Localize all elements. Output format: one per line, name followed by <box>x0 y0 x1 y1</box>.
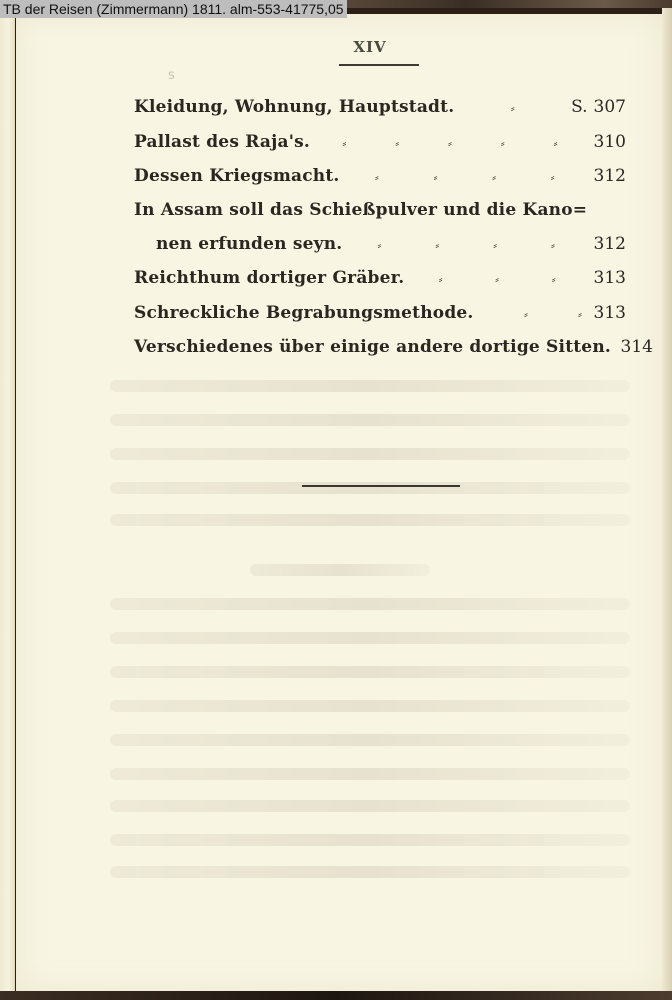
leader-mark: ⸗ <box>551 228 555 263</box>
toc-entry: Schreckliche Begrabungsmethode. ⸗⸗ 313 <box>134 296 626 331</box>
toc-entry-page: S.307 <box>571 90 626 125</box>
leader-mark: ⸗ <box>554 126 558 161</box>
show-through-line <box>250 564 430 576</box>
toc-entry-page: 314 <box>617 330 653 365</box>
section-rule <box>302 485 460 487</box>
show-through-line <box>110 598 630 610</box>
toc-entry-title: Schreckliche Begrabungsmethode. <box>134 296 474 331</box>
book-top-edge <box>330 0 672 8</box>
toc-entry-title: In Assam soll das Schießpulver und die K… <box>134 194 587 227</box>
leader-mark: ⸗ <box>395 126 399 161</box>
leader-mark: ⸗ <box>578 297 582 332</box>
header-rule <box>339 64 419 66</box>
show-through-line <box>110 768 630 780</box>
toc-entry: In Assam soll das Schießpulver und die K… <box>134 194 626 227</box>
leader-mark: ⸗ <box>524 297 528 332</box>
leader-mark: ⸗ <box>448 126 452 161</box>
adjacent-page-edge <box>0 18 15 992</box>
toc-entry-title: Kleidung, Wohnung, Hauptstadt. <box>134 90 454 125</box>
toc-entry-page: 313 <box>590 296 626 331</box>
leader-mark: ⸗ <box>377 228 381 263</box>
toc-leader: ⸗⸗⸗ <box>404 262 590 297</box>
toc-entry-page: 312 <box>590 159 626 194</box>
toc-entry-title: nen erfunden seyn. <box>156 227 342 262</box>
show-through-line <box>110 734 630 746</box>
leader-mark: ⸗ <box>501 126 505 161</box>
toc-leader: ⸗ <box>454 91 571 126</box>
toc-leader: ⸗⸗ <box>474 297 590 332</box>
leader-mark: ⸗ <box>439 262 443 297</box>
toc-entry: Reichthum dortiger Gräber. ⸗⸗⸗ 313 <box>134 261 626 296</box>
leader-mark: ⸗ <box>551 160 555 195</box>
show-through-line <box>110 834 630 846</box>
leader-mark: ⸗ <box>435 228 439 263</box>
page-number: XIV <box>340 38 400 56</box>
show-through-line <box>110 666 630 678</box>
toc-entry-title: Dessen Kriegsmacht. <box>134 159 340 194</box>
toc-entry: Verschiedenes über einige andere dortige… <box>134 330 626 365</box>
book-bottom-edge <box>0 991 672 1000</box>
show-through-line <box>110 800 630 812</box>
toc-leader: ⸗⸗⸗⸗ <box>340 160 590 195</box>
toc-leader: ⸗⸗⸗⸗ <box>342 228 590 263</box>
toc-entry: Pallast des Raja's. ⸗⸗⸗⸗⸗ 310 <box>134 125 626 160</box>
stray-mark: s <box>168 68 175 83</box>
toc-leader: ⸗⸗⸗⸗⸗ <box>310 126 590 161</box>
leader-mark: ⸗ <box>433 160 437 195</box>
leader-mark: ⸗ <box>492 160 496 195</box>
toc-entry: Kleidung, Wohnung, Hauptstadt. ⸗ S.307 <box>134 90 626 125</box>
show-through-line <box>110 414 630 426</box>
leader-mark: ⸗ <box>495 262 499 297</box>
show-through-line <box>110 514 630 526</box>
toc-entry-page: 313 <box>590 261 626 296</box>
show-through-line <box>110 700 630 712</box>
toc-entry-page: 312 <box>590 227 626 262</box>
toc-entry-page: 310 <box>590 125 626 160</box>
toc-entry-title: Pallast des Raja's. <box>134 125 310 160</box>
leader-mark: ⸗ <box>552 262 556 297</box>
leader-mark: ⸗ <box>511 91 515 126</box>
scan-caption: TB der Reisen (Zimmermann) 1811. alm-553… <box>0 0 347 18</box>
toc-entry-title: Reichthum dortiger Gräber. <box>134 261 404 296</box>
leader-mark: ⸗ <box>342 126 346 161</box>
show-through-line <box>110 380 630 392</box>
show-through-line <box>110 632 630 644</box>
show-through-line <box>110 448 630 460</box>
toc-entry-continuation: nen erfunden seyn. ⸗⸗⸗⸗ 312 <box>134 227 626 262</box>
table-of-contents: Kleidung, Wohnung, Hauptstadt. ⸗ S.307 P… <box>134 90 626 365</box>
leader-mark: ⸗ <box>375 160 379 195</box>
toc-entry-title: Verschiedenes über einige andere dortige… <box>134 330 611 365</box>
show-through-line <box>110 482 630 494</box>
leader-mark: ⸗ <box>493 228 497 263</box>
toc-entry: Dessen Kriegsmacht. ⸗⸗⸗⸗ 312 <box>134 159 626 194</box>
page-right-edge <box>662 8 672 992</box>
show-through-line <box>110 866 630 878</box>
